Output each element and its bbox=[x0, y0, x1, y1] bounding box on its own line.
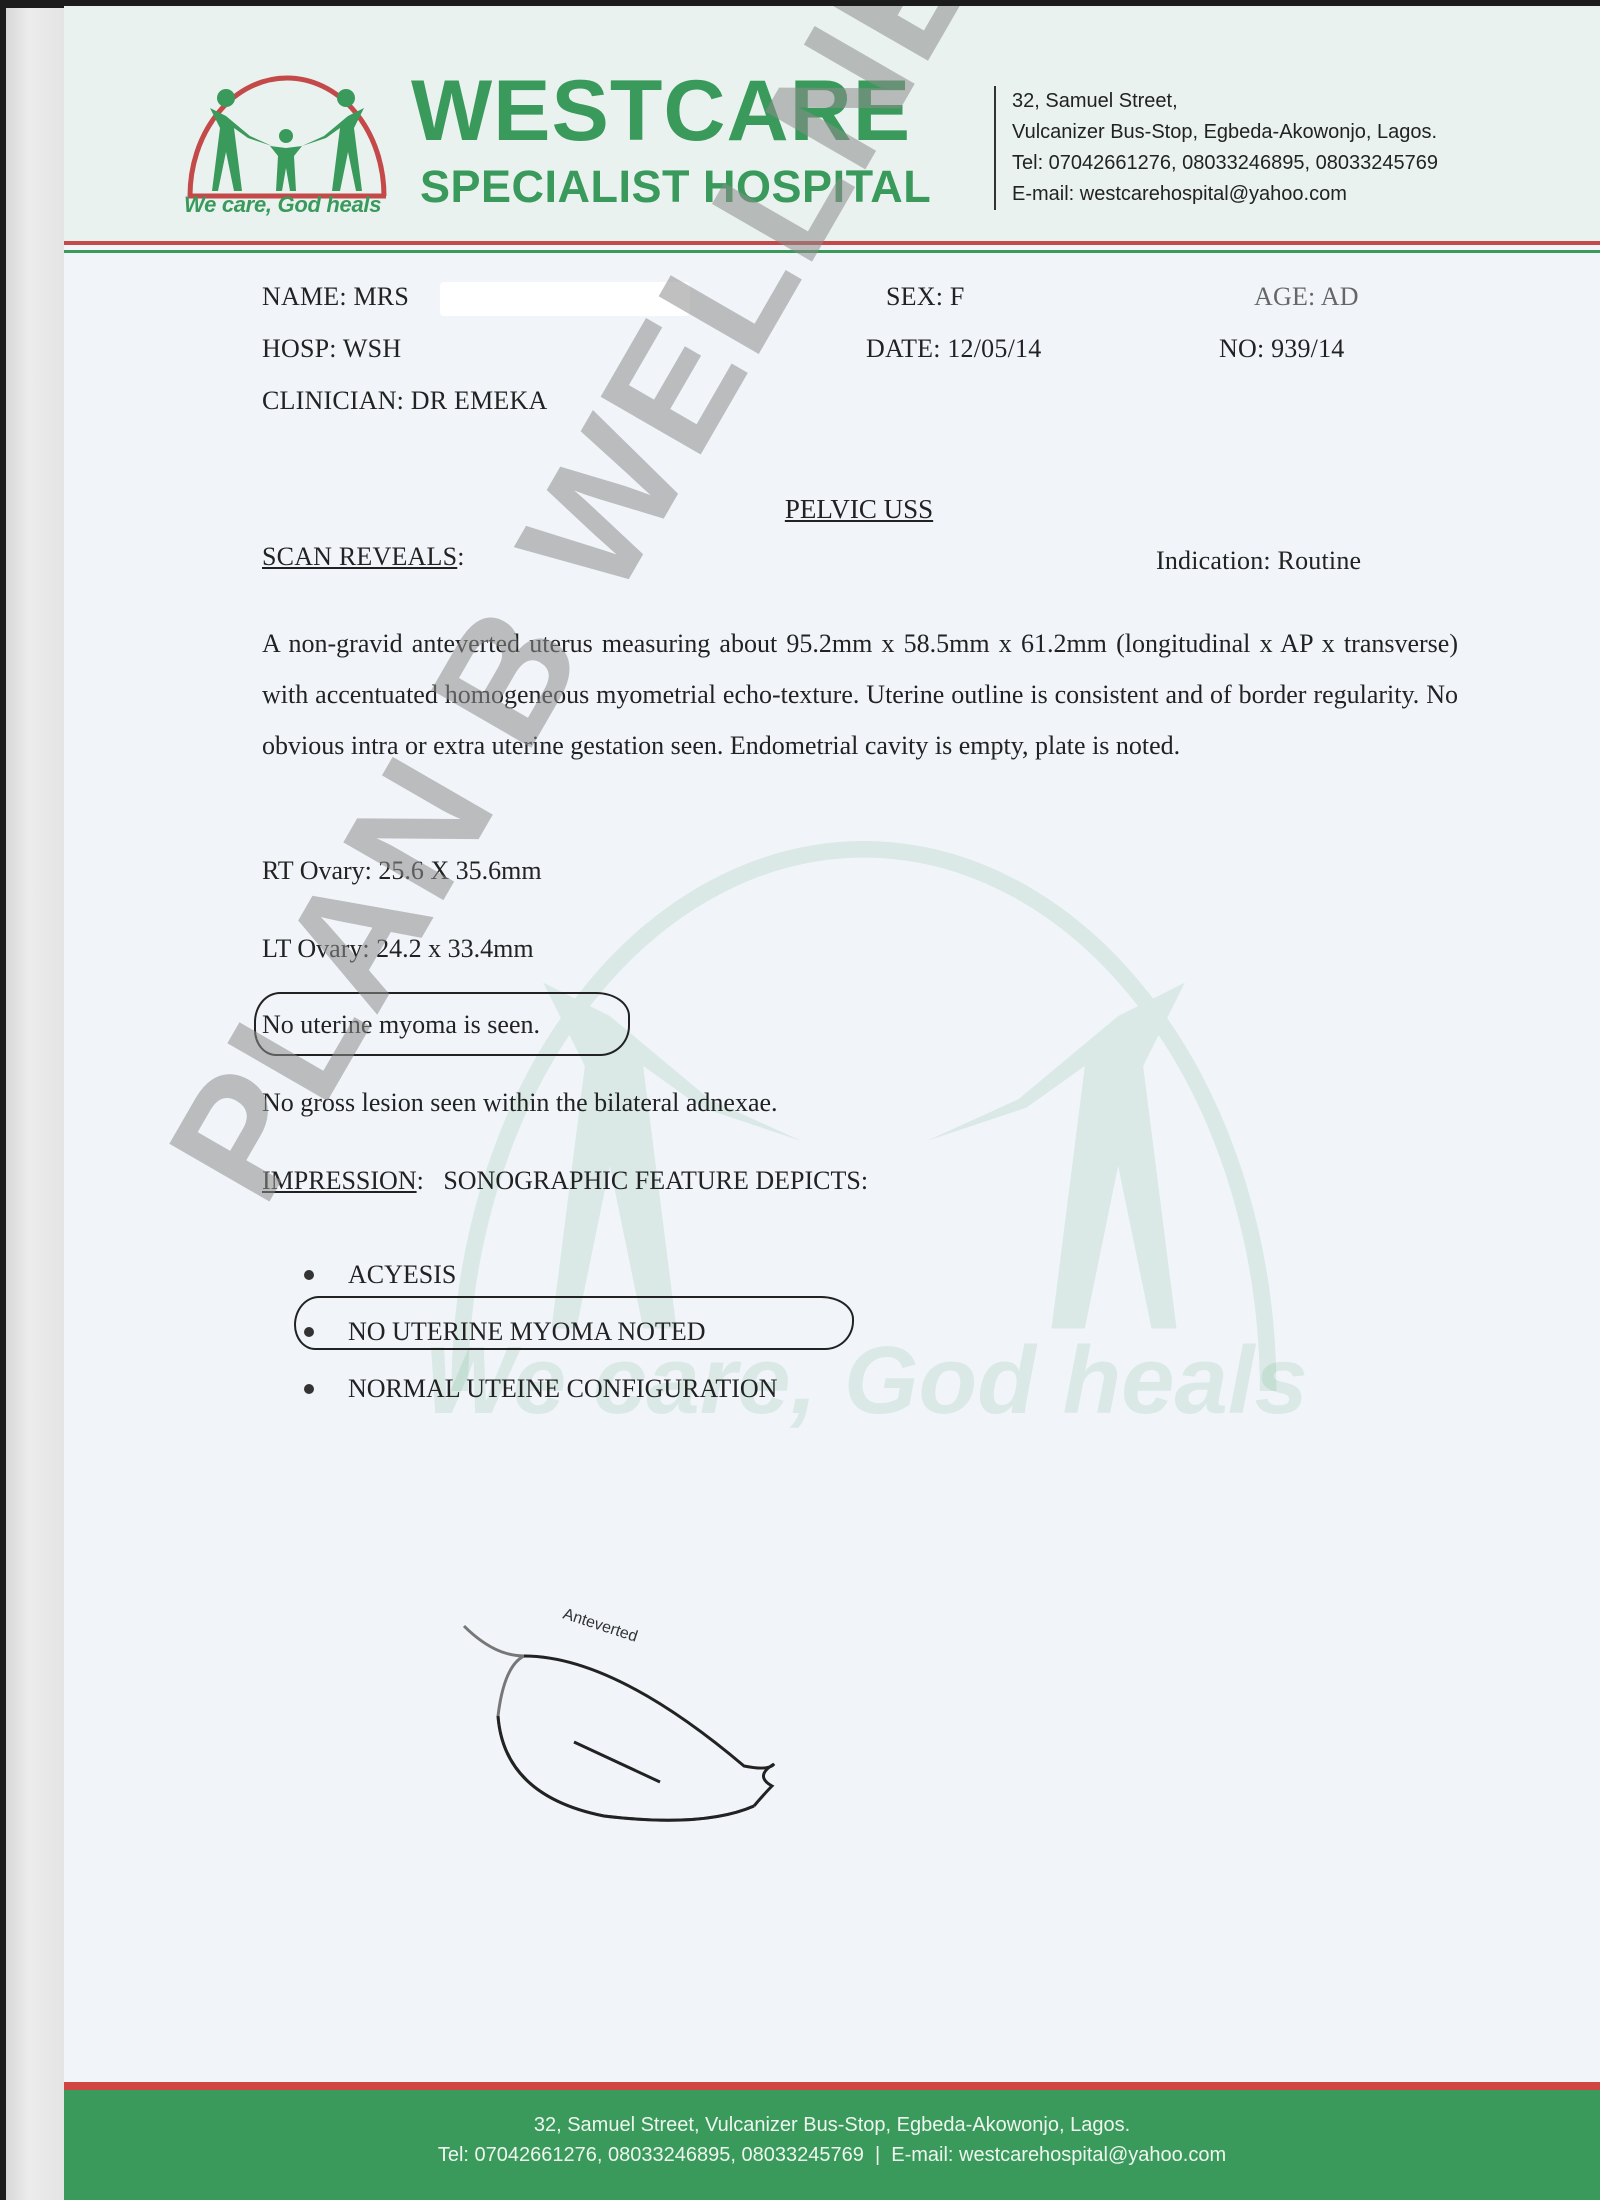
footer: 32, Samuel Street, Vulcanizer Bus-Stop, … bbox=[64, 2090, 1600, 2200]
patient-name: NAME: MRS bbox=[262, 282, 409, 312]
telephone: Tel: 07042661276, 08033246895, 080332457… bbox=[1012, 148, 1438, 179]
contact-block: 32, Samuel Street, Vulcanizer Bus-Stop, … bbox=[994, 86, 1438, 210]
patient-sex: SEX: F bbox=[886, 282, 965, 312]
patient-age: AGE: AD bbox=[1254, 282, 1359, 312]
impression-item-text: NO UTERINE MYOMA NOTED bbox=[348, 1317, 705, 1347]
email: E-mail: westcarehospital@yahoo.com bbox=[1012, 179, 1438, 210]
document-page: We care, God heals WESTCARE SPECIALIST H… bbox=[64, 6, 1600, 2200]
address-line-1: 32, Samuel Street, bbox=[1012, 86, 1438, 117]
footer-rule-red bbox=[64, 2082, 1600, 2090]
impression-item: NORMAL UTEINE CONFIGURATION bbox=[298, 1360, 777, 1417]
impression-item-text: ACYESIS bbox=[348, 1260, 456, 1290]
impression-heading: IMPRESSION: SONOGRAPHIC FEATURE DEPICTS: bbox=[262, 1166, 868, 1196]
impression-text: : SONOGRAPHIC FEATURE DEPICTS: bbox=[417, 1166, 868, 1195]
hospital-code: HOSP: WSH bbox=[262, 334, 401, 364]
indication: Indication: Routine bbox=[1156, 546, 1361, 576]
bullet-icon bbox=[304, 1270, 314, 1280]
impression-item: ACYESIS bbox=[298, 1246, 777, 1303]
impression-item: NO UTERINE MYOMA NOTED bbox=[298, 1303, 777, 1360]
scanner-edge bbox=[6, 8, 64, 2200]
impression-item-text: NORMAL UTEINE CONFIGURATION bbox=[348, 1374, 777, 1404]
clinician: CLINICIAN: DR EMEKA bbox=[262, 386, 547, 416]
report-title: PELVIC USS bbox=[64, 494, 1600, 525]
footer-contact: Tel: 07042661276, 08033246895, 080332457… bbox=[64, 2140, 1600, 2170]
report-number: NO: 939/14 bbox=[1219, 334, 1345, 364]
scan-reveals-label: SCAN REVEALS bbox=[262, 542, 457, 571]
bullet-icon bbox=[304, 1384, 314, 1394]
footer-address: 32, Samuel Street, Vulcanizer Bus-Stop, … bbox=[64, 2110, 1600, 2140]
address-line-2: Vulcanizer Bus-Stop, Egbeda-Akowonjo, La… bbox=[1012, 117, 1438, 148]
sketch-label: Anteverted bbox=[561, 1606, 640, 1646]
hospital-tagline: We care, God heals bbox=[184, 192, 381, 218]
report-date: DATE: 12/05/14 bbox=[866, 334, 1041, 364]
scan-reveals-heading: SCAN REVEALS: bbox=[262, 542, 465, 572]
bullet-icon bbox=[304, 1327, 314, 1337]
uterus-sketch-icon: Anteverted bbox=[454, 1596, 794, 1836]
impression-list: ACYESIS NO UTERINE MYOMA NOTED NORMAL UT… bbox=[298, 1246, 777, 1417]
